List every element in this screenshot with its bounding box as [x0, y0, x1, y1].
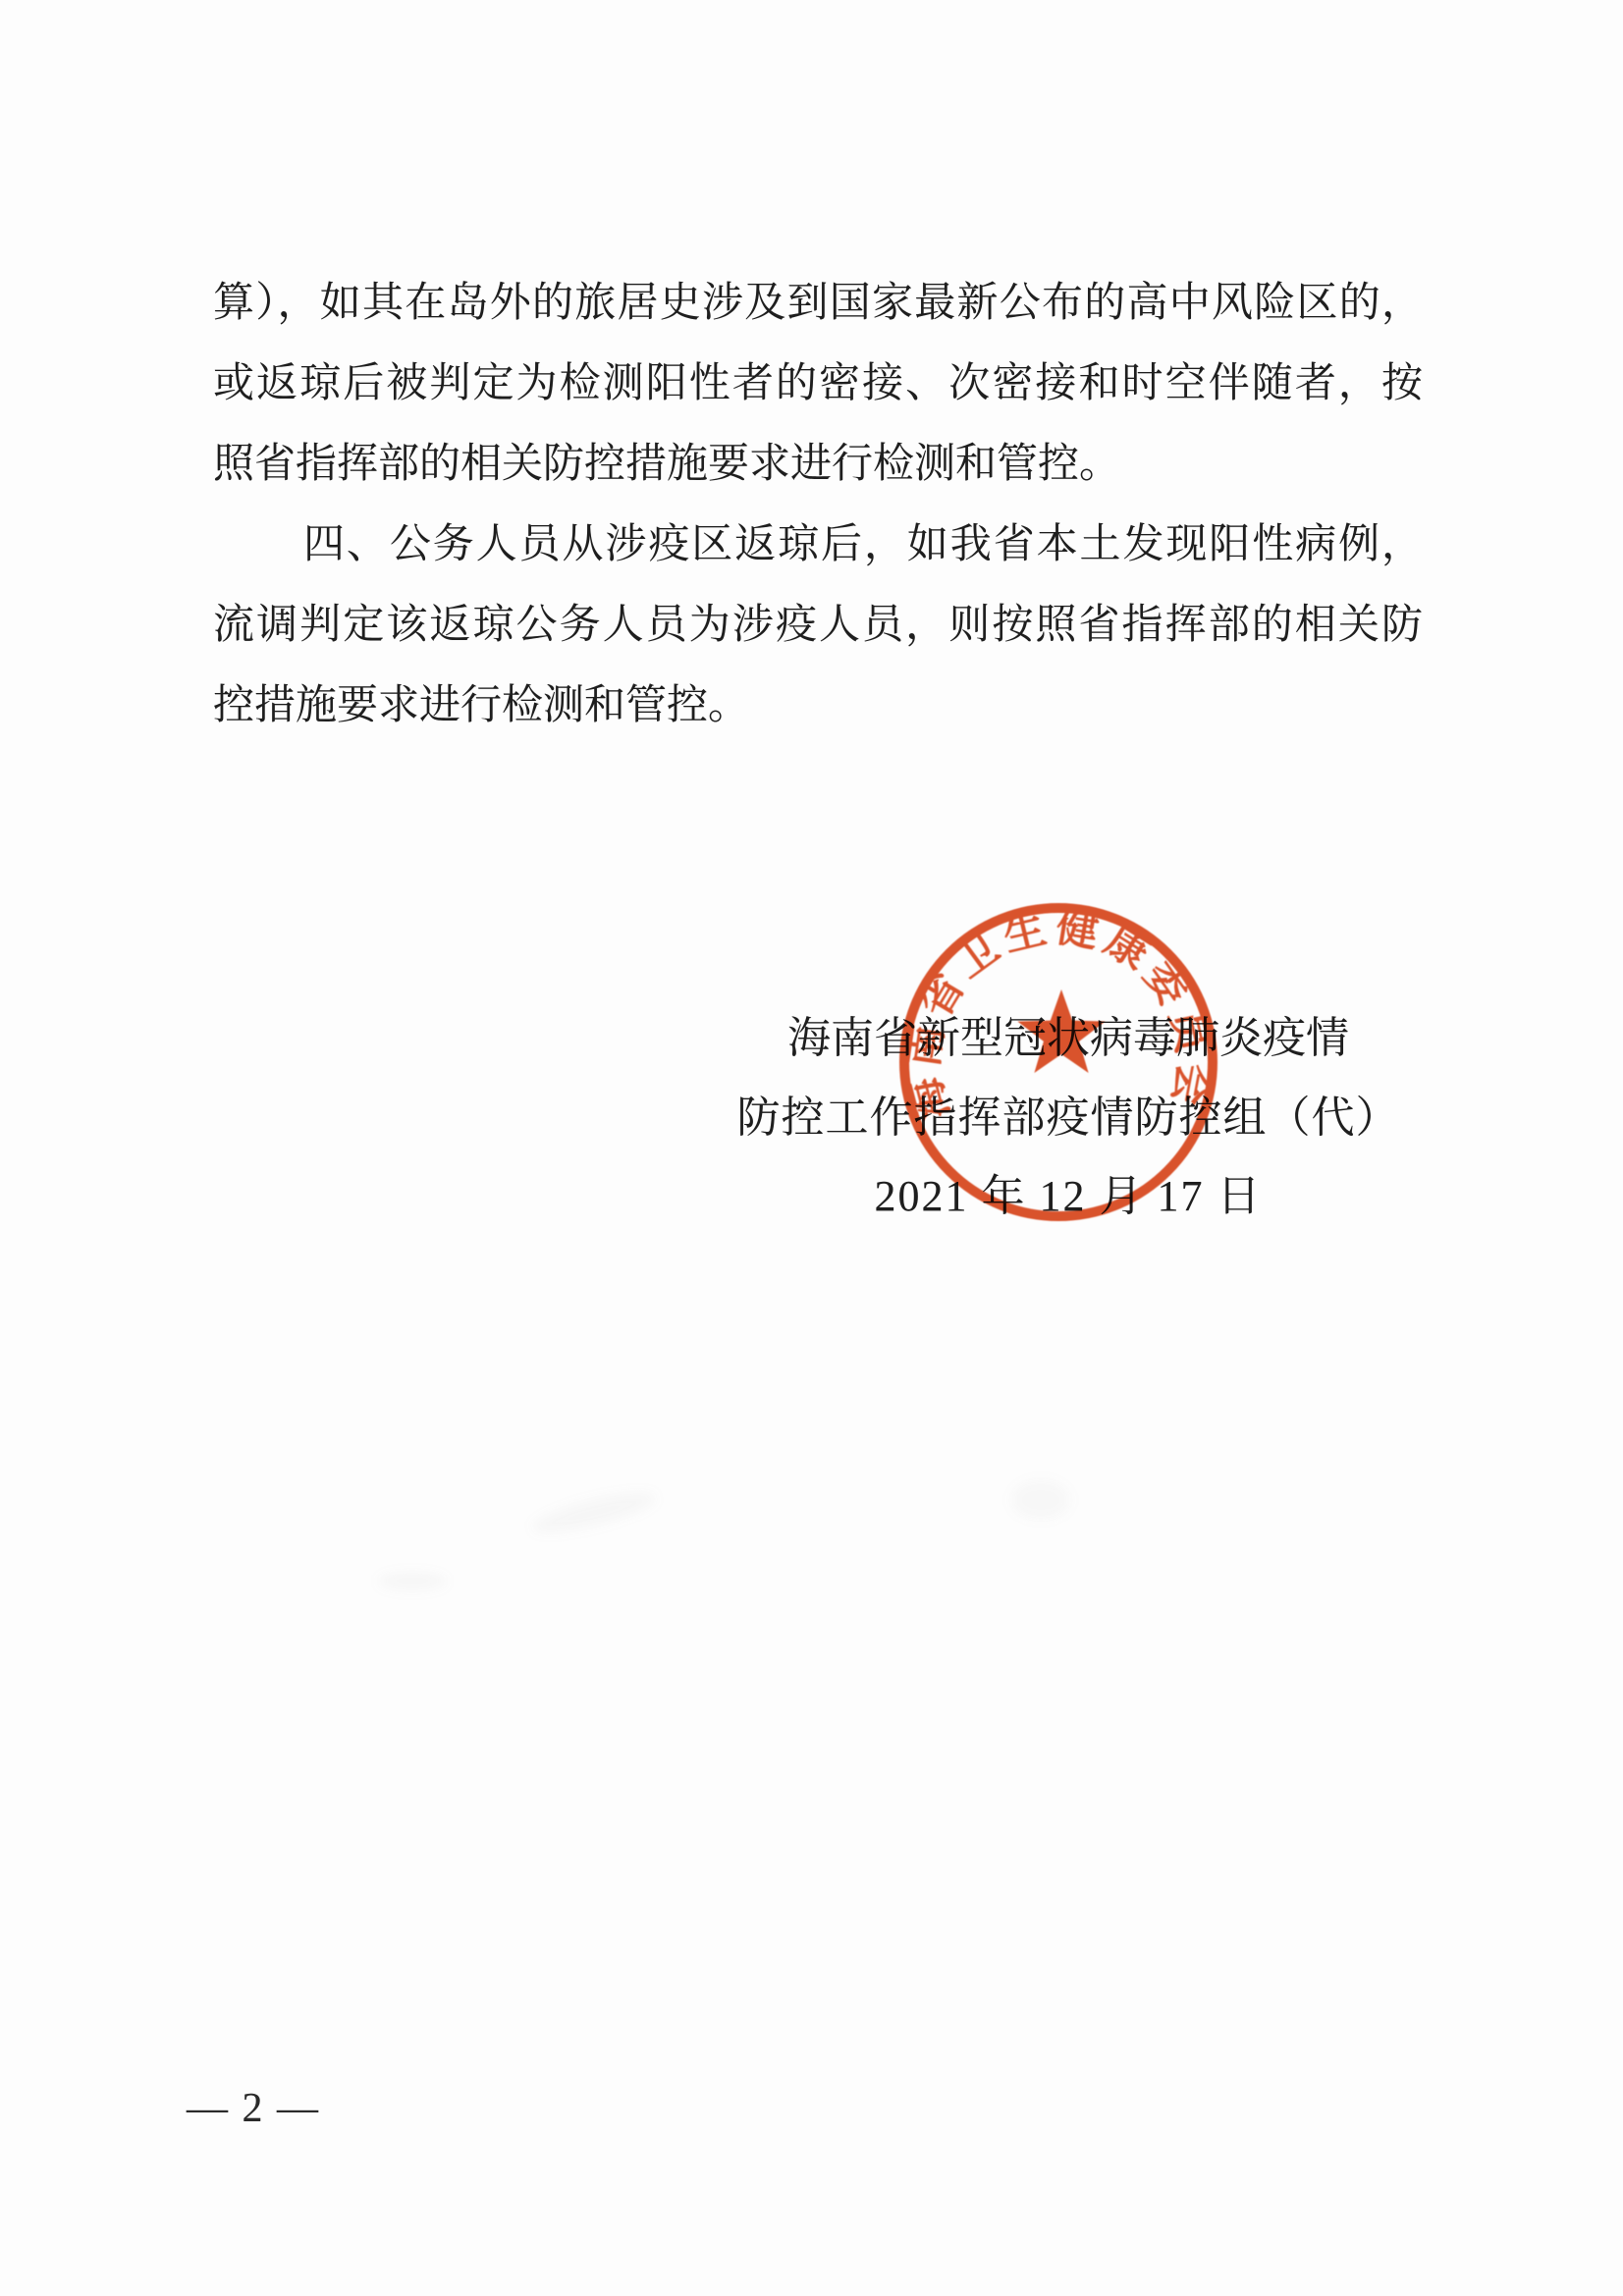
- scan-artifact: [529, 1485, 659, 1541]
- scan-artifact: [378, 1573, 447, 1590]
- document-page: 算），如其在岛外的旅居史涉及到国家最新公布的高中风险区的， 或返琼后被判定为检测…: [0, 0, 1623, 2296]
- scan-artifact: [1011, 1480, 1070, 1520]
- body-line: 流调判定该返琼公务人员为涉疫人员，则按照省指挥部的相关防: [213, 585, 1423, 666]
- signature-org-line-1: 海南省新型冠状病毒肺炎疫情: [725, 999, 1412, 1078]
- body-line: 或返琼后被判定为检测阳性者的密接、次密接和时空伴随者，按: [213, 344, 1423, 424]
- body-line: 算），如其在岛外的旅居史涉及到国家最新公布的高中风险区的，: [213, 263, 1423, 344]
- signature-org-line-2: 防控工作指挥部疫情防控组（代）: [725, 1079, 1412, 1157]
- body-line: 照省指挥部的相关防控措施要求进行检测和管控。: [213, 424, 1423, 505]
- body-line: 四、公务人员从涉疫区返琼后，如我省本土发现阳性病例，: [213, 505, 1423, 585]
- body-text-block: 算），如其在岛外的旅居史涉及到国家最新公布的高中风险区的， 或返琼后被判定为检测…: [213, 263, 1423, 746]
- page-number: — 2 —: [187, 2087, 320, 2130]
- signature-date: 2021 年 12 月 17 日: [725, 1157, 1412, 1236]
- body-line: 控措施要求进行检测和管控。: [213, 666, 1423, 746]
